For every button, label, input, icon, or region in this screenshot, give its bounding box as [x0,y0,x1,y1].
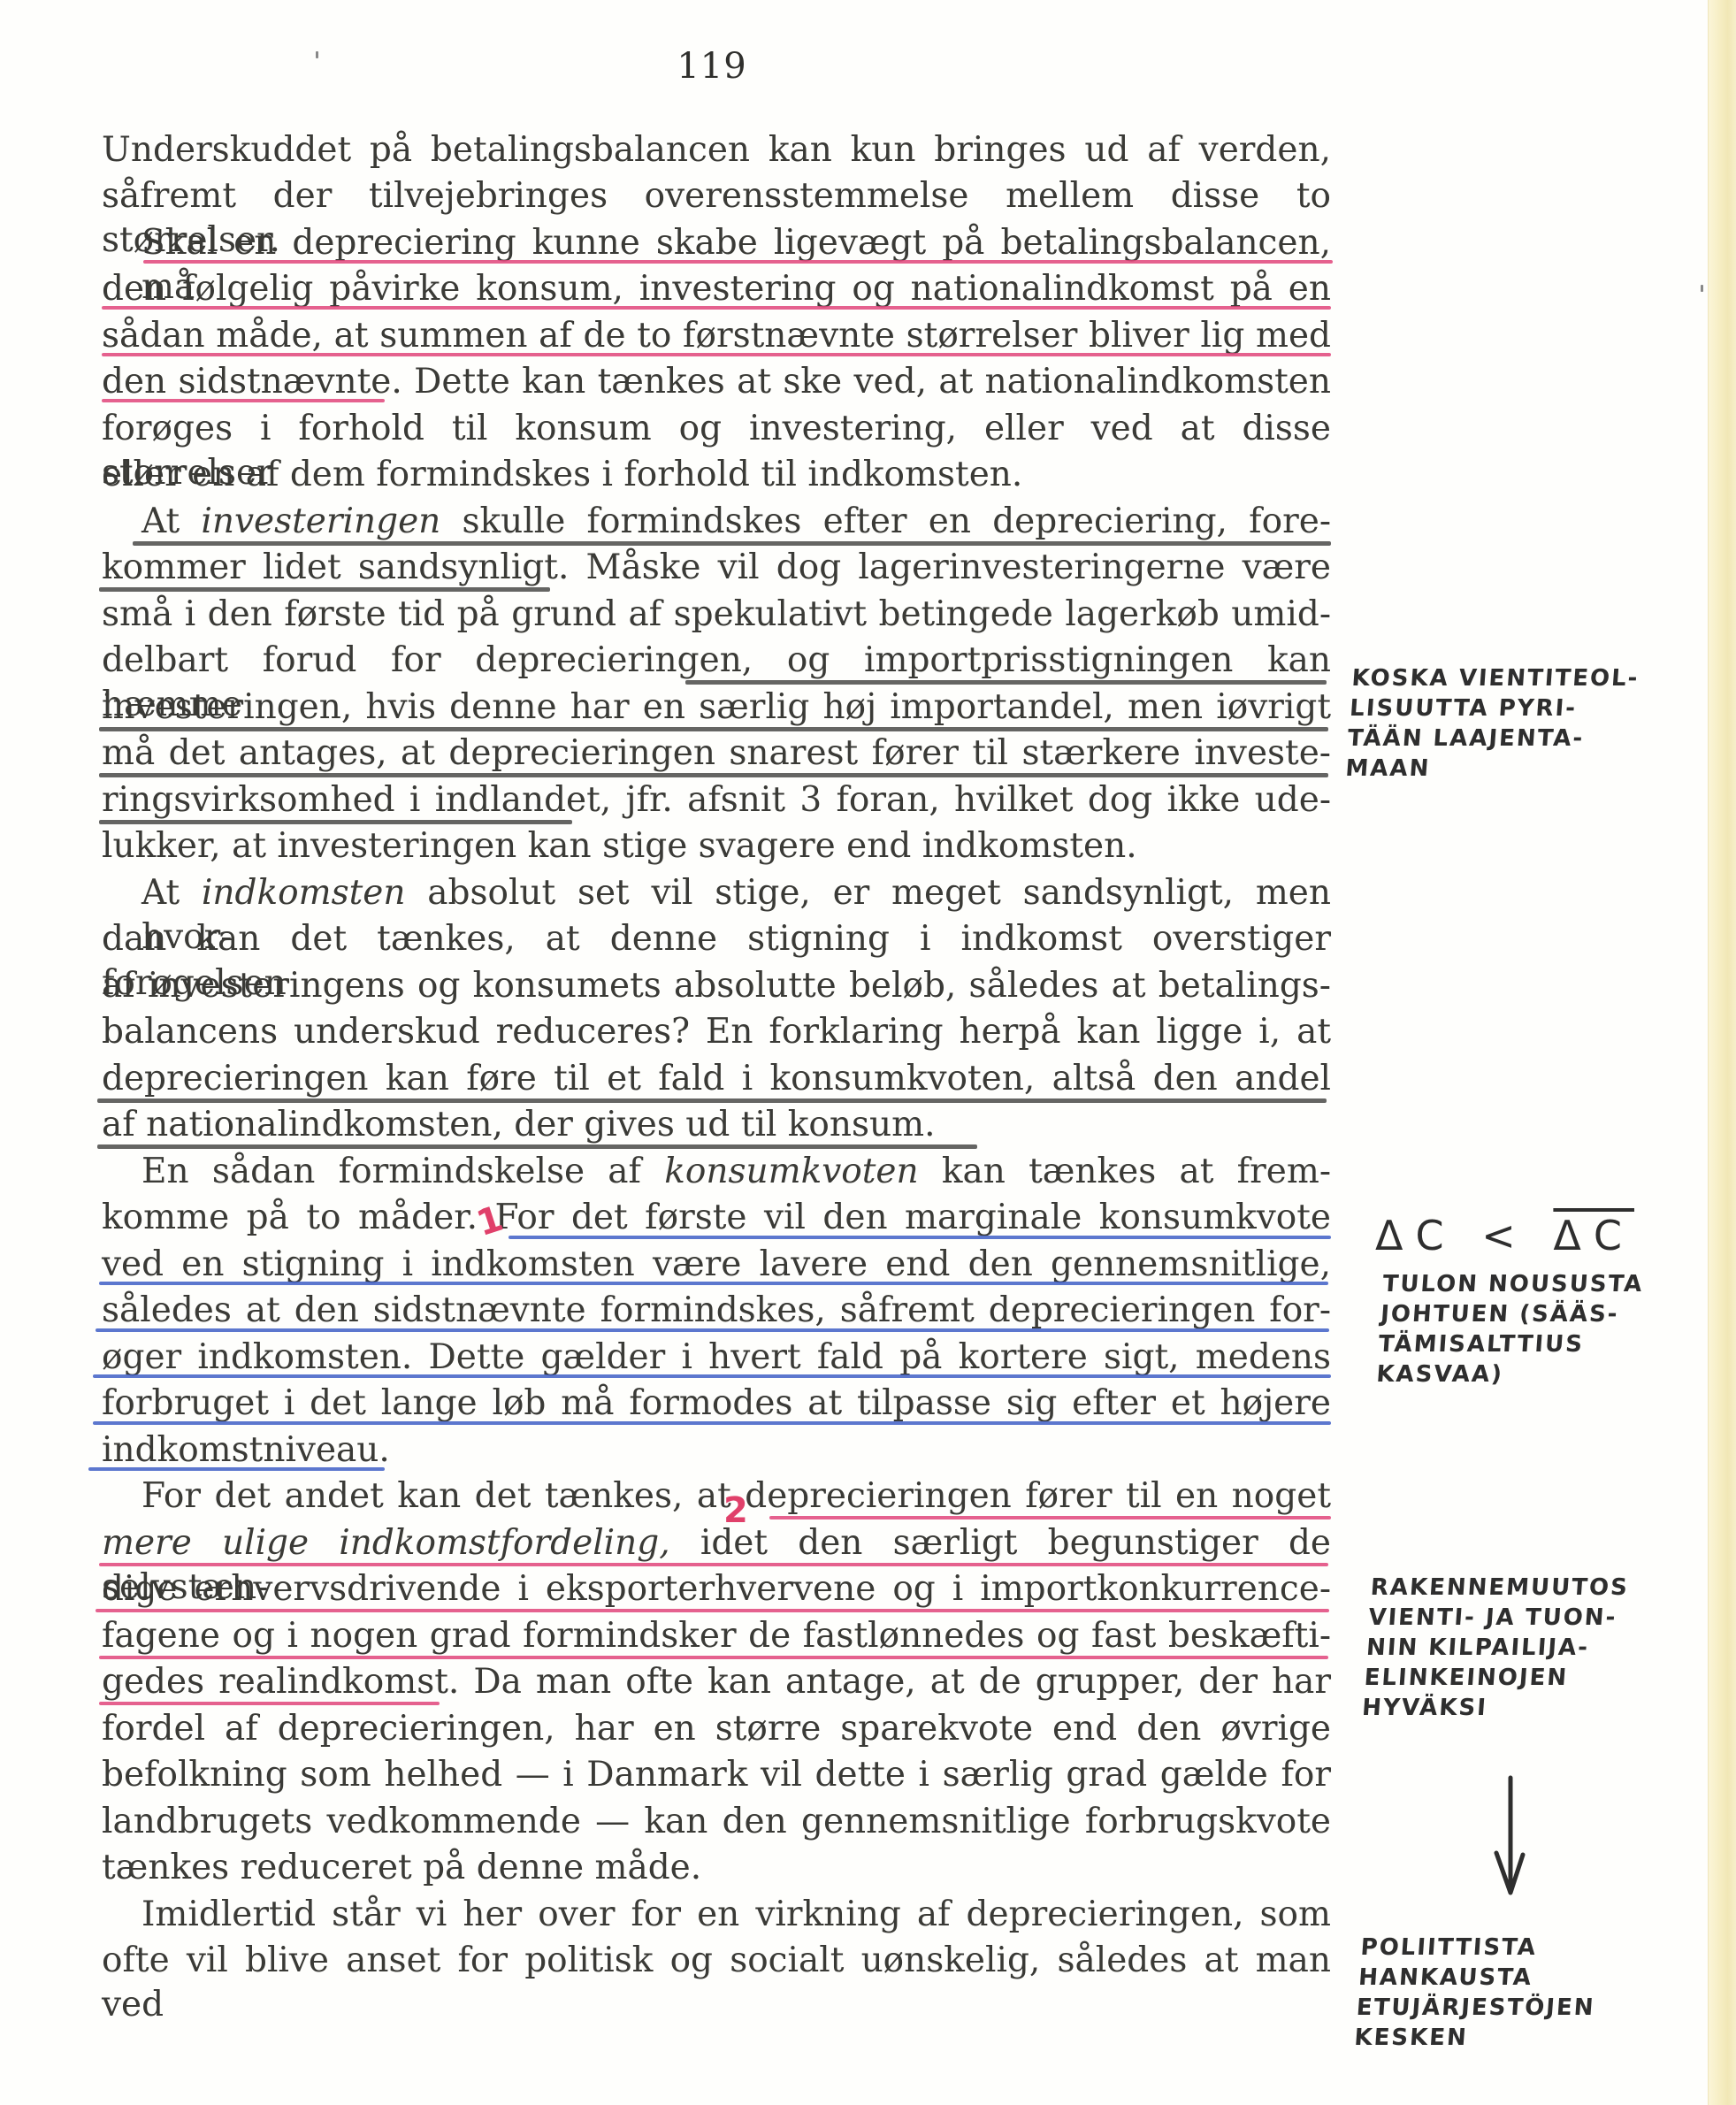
text-line: lukker, at investeringen kan stige svage… [102,824,1331,869]
text-line: befolkning som helhed — i Danmark vil de… [102,1753,1331,1797]
dust-speck [1701,285,1703,292]
text-line: Skal en depreciering kunne skabe ligevæg… [141,221,1331,265]
margin-note-export-industry: KOSKA VIENTITEOL- LISUUTTA PYRI- TÄÄN LA… [1344,663,1640,784]
pencil-underline [99,727,1328,731]
red-underline [102,353,1331,356]
red-underline [99,1656,1328,1659]
blue-underline [93,1421,1331,1425]
pencil-underline [97,1098,1327,1103]
text-line: En sådan formindskelse af konsumkvoten k… [141,1150,1331,1194]
text-line: øger indkomsten. Dette gælder i hvert fa… [102,1336,1331,1380]
emphasis: konsumkvoten [664,1152,918,1191]
text-line: landbrugets vedkommende — kan den gennem… [102,1800,1331,1844]
pencil-underline [99,773,1328,777]
text-line: balancens underskud reduceres? En forkla… [102,1010,1331,1054]
text-line: gedes realindkomst. Da man ofte kan anta… [102,1660,1331,1704]
text-line: mere ulige indkomstfordeling, idet den s… [102,1521,1331,1565]
arrow-down-icon [1484,1773,1537,1897]
pencil-underline [99,587,550,592]
text-line: sådan måde, at summen af de to førstnævn… [102,314,1331,358]
text-line: At investeringen skulle formindskes efte… [141,500,1331,544]
margin-formula: ΔC < ΔC [1375,1212,1634,1259]
text-line: ringsvirksomhed i indlandet, jfr. afsnit… [102,778,1331,823]
red-underline [769,1516,1331,1519]
text-line: indkomstniveau. [102,1428,1331,1473]
text-line: Underskuddet på betalingsbalancen kan ku… [102,128,1331,172]
blue-underline [96,1328,1329,1332]
blue-underline [509,1236,1331,1239]
red-underline [99,1702,440,1705]
text-line: den følgelig påvirke konsum, investering… [102,267,1331,311]
text-line: forøges i forhold til konsum og invester… [102,407,1331,451]
text-line: små i den første tid på grund af spekula… [102,593,1331,637]
page-edge [1708,0,1736,2105]
text-line: af investeringens og konsumets absolutte… [102,964,1331,1008]
text-line: dige erhvervsdrivende i eksporterhverven… [102,1567,1331,1611]
text-line: investeringen, hvis denne har en særlig … [102,685,1331,730]
pencil-underline [685,680,1327,685]
red-underline [102,306,1331,310]
text-line: den sidstnævnte. Dette kan tænkes at ske… [102,360,1331,404]
text-line: således at den sidstnævnte formindskes, … [102,1289,1331,1333]
text-line: såfremt der tilvejebringes overensstemme… [102,174,1331,218]
red-underline [143,260,1333,264]
red-underline [99,1563,1328,1566]
pencil-underline [97,1144,977,1149]
text-line: tænkes reduceret på denne måde. [102,1846,1331,1890]
text-line: At indkomsten absolut set vil stige, er … [141,871,1331,915]
text-line: Imidlertid står vi her over for en virkn… [141,1893,1331,1937]
text-line: må det antages, at deprecieringen snares… [102,731,1331,776]
margin-note-consumption: TULON NOUSUSTA JOHTUEN (SÄÄS- TÄMISALTTI… [1375,1269,1644,1389]
blue-underline [88,1467,385,1471]
page-number: 119 [672,46,752,87]
text-line: ofte vil blive anset for politisk og soc… [102,1939,1331,1983]
pen-marker-2: 2 [723,1490,748,1531]
text-line: fagene og i nogen grad formindsker de fa… [102,1614,1331,1658]
margin-note-structural-change: RAKENNEMUUTOS VIENTI- JA TUON- NIN KILPA… [1361,1573,1630,1723]
blue-underline [99,1282,1328,1285]
dust-speck [316,51,318,58]
text-line: forbruget i det lange løb må formodes at… [102,1382,1331,1426]
emphasis: mere ulige indkomstfordeling, [102,1523,670,1563]
text-line: kommer lidet sandsynligt. Måske vil dog … [102,546,1331,590]
text-line: dan kan det tænkes, at denne stigning i … [102,917,1331,961]
text-line: fordel af deprecieringen, har en større … [102,1707,1331,1751]
text-line: delbart forud for deprecieringen, og imp… [102,639,1331,683]
text-line: deprecieringen kan føre til et fald i ko… [102,1057,1331,1101]
margin-note-political-friction: POLIITTISTA HANKAUSTA ETUJÄRJESTÖJEN KES… [1353,1933,1600,2053]
text-line: komme på to måder. For det første vil de… [102,1196,1331,1240]
pencil-underline [99,820,572,824]
red-underline [96,1609,1329,1612]
emphasis: indkomsten [202,873,406,913]
emphasis: investeringen [201,501,440,541]
text-line: eller en af dem formindskes i forhold ti… [102,453,1331,497]
text-line: af nationalindkomsten, der gives ud til … [102,1103,1331,1147]
text-line: ved en stigning i indkomsten være lavere… [102,1243,1331,1287]
red-underline [102,399,385,402]
pencil-underline [133,541,1331,546]
blue-underline [93,1374,1331,1378]
